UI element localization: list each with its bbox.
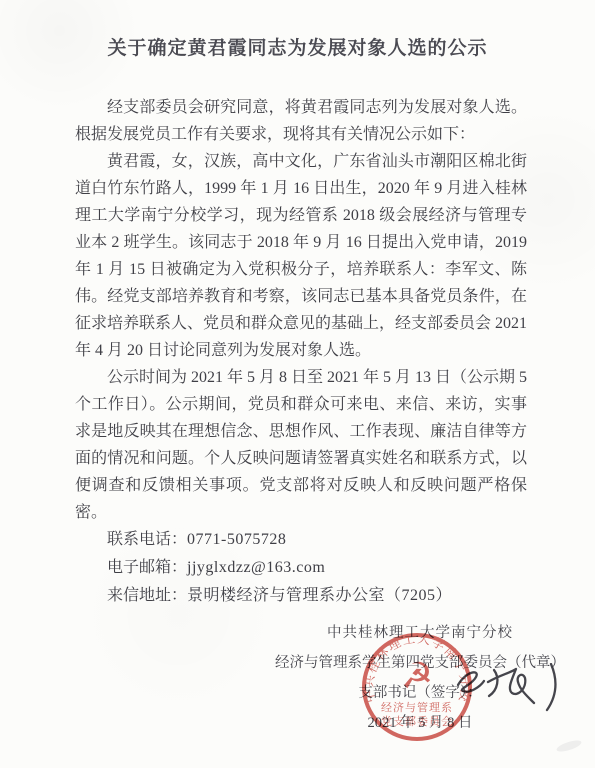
contact-phone: 联系电话：0771-5075728 (75, 526, 527, 554)
contact-email: 电子邮箱：jjyglxdzz@163.com (75, 554, 527, 582)
paragraph-public-notice-period: 公示时间为 2021 年 5 月 8 日至 2021 年 5 月 13 日（公示… (75, 364, 527, 526)
paragraph-candidate-info: 黄君霞，女，汉族，高中文化，广东省汕头市潮阳区棉北街道白竹东竹路人，1999 年… (75, 148, 527, 364)
signature-block: 中共桂林理工大学南宁分校 经济与管理系学生第四党支部委员会（代章） 支部书记（签… (255, 618, 585, 738)
signature-org-line2: 经济与管理系学生第四党支部委员会（代章） (255, 648, 585, 678)
scanned-notice-page: 关于确定黄君霞同志为发展对象人选的公示 经支部委员会研究同意，将黄君霞同志列为发… (0, 0, 595, 768)
scan-smudge (555, 738, 582, 754)
contact-phone-label: 联系电话： (107, 531, 187, 548)
document-title: 关于确定黄君霞同志为发展对象人选的公示 (0, 33, 595, 60)
contact-address-label: 来信地址： (107, 587, 187, 604)
signer-label: 支部书记（签字）： (255, 678, 585, 708)
contact-address: 来信地址：景明楼经济与管理系办公室（7205） (75, 582, 527, 610)
signature-date: 2021 年 5 月 8 日 (255, 708, 585, 738)
document-body: 经支部委员会研究同意，将黄君霞同志列为发展对象人选。根据发展党员工作有关要求，现… (75, 94, 527, 610)
contact-email-value: jjyglxdzz@163.com (187, 559, 325, 576)
signature-org-line1: 中共桂林理工大学南宁分校 (255, 618, 585, 648)
contact-phone-value: 0771-5075728 (187, 531, 286, 548)
contact-email-label: 电子邮箱： (107, 559, 187, 576)
contact-address-value: 景明楼经济与管理系办公室（7205） (187, 587, 452, 604)
paragraph-intro: 经支部委员会研究同意，将黄君霞同志列为发展对象人选。根据发展党员工作有关要求，现… (75, 94, 527, 148)
